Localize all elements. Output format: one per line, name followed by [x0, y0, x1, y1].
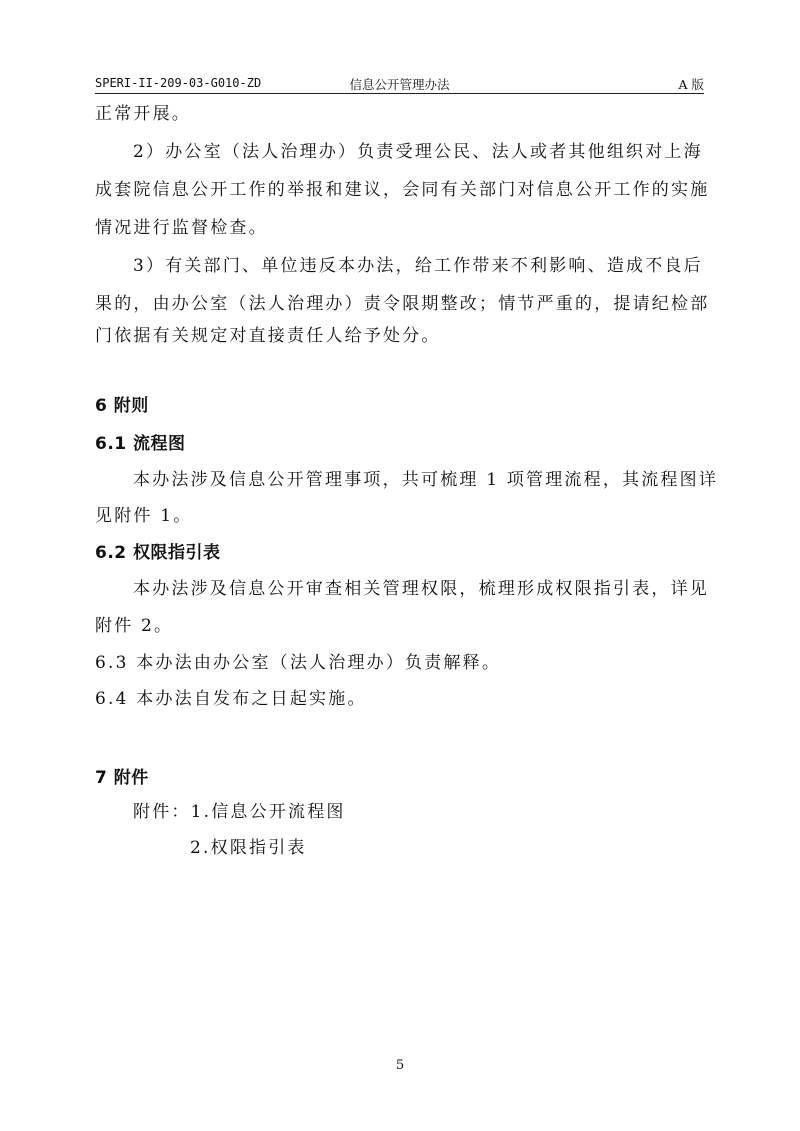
section61-heading: 6.1 流程图 — [95, 429, 705, 454]
section62-heading: 6.2 权限指引表 — [95, 538, 705, 563]
item3-line3: 门依据有关规定对直接责任人给予处分。 — [95, 321, 705, 346]
section62-line1: 本办法涉及信息公开审查相关管理权限，梳理形成权限指引表，详见 — [133, 574, 705, 599]
section7-heading: 7 附件 — [95, 763, 705, 788]
attachment-2: 2.权限指引表 — [190, 833, 690, 858]
item2-line2: 成套院信息公开工作的举报和建议，会同有关部门对信息公开工作的实施 — [95, 175, 705, 200]
section61-line1: 本办法涉及信息公开管理事项，共可梳理 1 项管理流程，其流程图详 — [133, 465, 705, 490]
section6-heading: 6 附则 — [95, 391, 705, 416]
attachment-1: 附件：1.信息公开流程图 — [133, 797, 705, 822]
item2-line3: 情况进行监督检查。 — [95, 213, 705, 238]
item3-line2: 果的，由办公室（法人治理办）责令限期整改；情节严重的，提请纪检部 — [95, 289, 705, 314]
page-header: SPERI-II-209-03-G010-ZD 信息公开管理办法 A 版 — [95, 74, 704, 94]
item2-line1: 2）办公室（法人治理办）负责受理公民、法人或者其他组织对上海 — [133, 137, 705, 162]
section61-line2: 见附件 1。 — [95, 501, 705, 526]
paragraph-continuation: 正常开展。 — [95, 99, 705, 124]
section64: 6.4 本办法自发布之日起实施。 — [95, 684, 705, 709]
item3-line1: 3）有关部门、单位违反本办法，给工作带来不利影响、造成不良后 — [133, 251, 705, 276]
section62-line2: 附件 2。 — [95, 611, 705, 636]
page-number: 5 — [0, 1058, 800, 1073]
section63: 6.3 本办法由办公室（法人治理办）负责解释。 — [95, 648, 705, 673]
doc-version: A 版 — [678, 75, 704, 93]
doc-title: 信息公开管理办法 — [95, 75, 704, 93]
